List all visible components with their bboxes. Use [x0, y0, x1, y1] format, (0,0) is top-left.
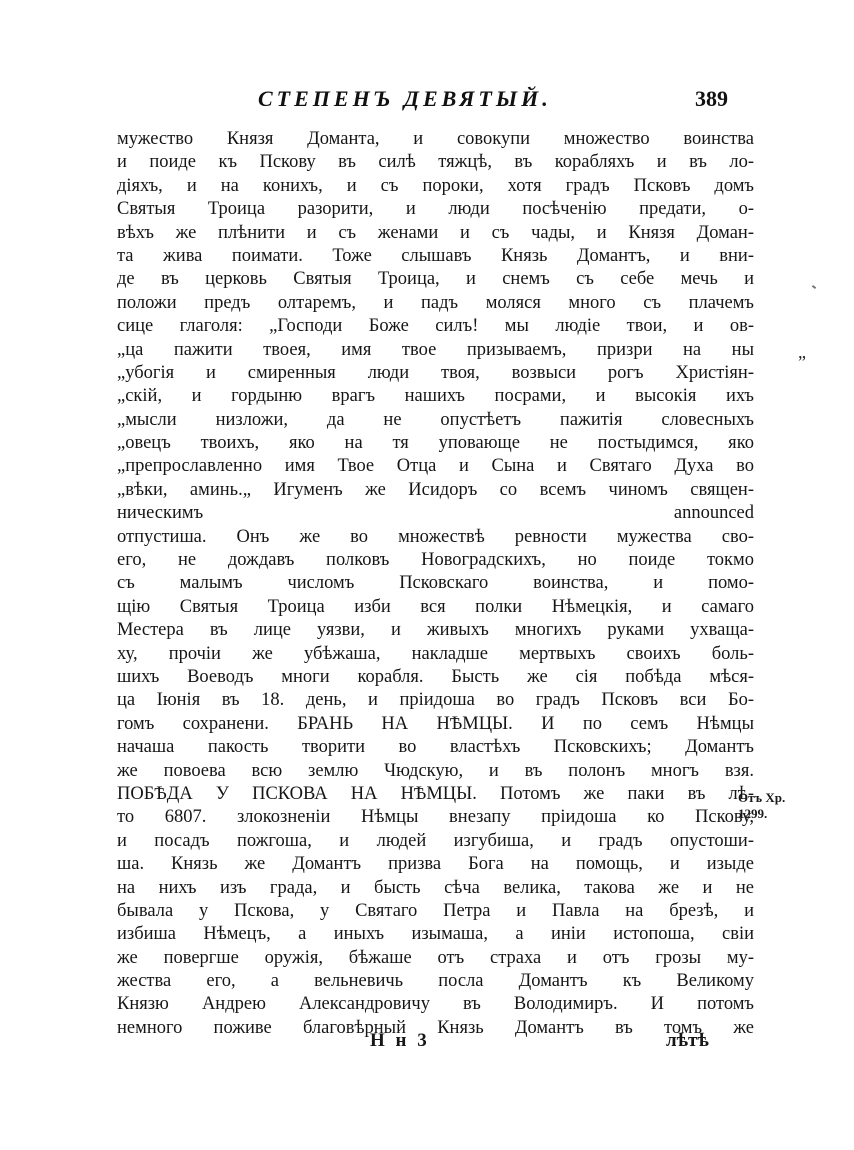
book-page: СТЕПЕНЪ ДЕВЯТЫЙ. 389 мужество Князя Дома… [0, 0, 854, 1150]
text-line: мужество Князя Доманта, и совокупи множе… [117, 128, 754, 151]
text-line: „овецъ твоихъ, яко на тя уповающе не пос… [117, 432, 754, 455]
text-line: „вѣки, аминь.„ Игуменъ же Исидоръ со все… [117, 479, 754, 502]
text-line: немного поживе благовѣрный Князь Домантъ… [117, 1017, 754, 1040]
text-line: и посадъ пожгоша, и людей изгубиша, и гр… [117, 830, 754, 853]
margin-year-value: 1299. [738, 806, 785, 822]
text-line: сице глаголя: „Господи Боже силъ! мы люд… [117, 315, 754, 338]
text-line: ническимъ announced [117, 502, 754, 525]
text-line: дiяхъ, и на конихъ, и съ пороки, хотя гр… [117, 175, 754, 198]
margin-year-label: Отъ Хр. [738, 790, 785, 806]
text-line: вѣхъ же плѣнити и съ женами и съ чады, и… [117, 222, 754, 245]
text-line: жества его, а вельневичь посла Домантъ к… [117, 970, 754, 993]
text-line: „убогiя и смиренныя люди твоя, возвыси р… [117, 362, 754, 385]
text-line: начаша пакость творити во властѣхъ Псков… [117, 736, 754, 759]
text-line: бывала у Пскова, у Святаго Петра и Павла… [117, 900, 754, 923]
running-title: СТЕПЕНЪ ДЕВЯТЫЙ. [258, 86, 552, 112]
text-line: то 6807. злокозненiи Нѣмцы внезапу прiид… [117, 806, 754, 829]
text-line: Князю Андрею Александровичу въ Володимир… [117, 993, 754, 1016]
text-line: и поиде къ Пскову въ силѣ тяжцѣ, въ кора… [117, 151, 754, 174]
text-line: его, не дождавъ полковъ Новоградскихъ, н… [117, 549, 754, 572]
text-line: съ малымъ числомъ Псковскаго воинства, и… [117, 572, 754, 595]
text-line: отпустиша. Онъ же во множествѣ ревности … [117, 526, 754, 549]
text-line: „мысли низложи, да не опустѣетъ пажитiя … [117, 409, 754, 432]
text-line: ша. Князь же Домантъ призва Бога на помо… [117, 853, 754, 876]
text-line: де въ церковь Святыя Троица, и снемъ съ … [117, 268, 754, 291]
text-line: на нихъ изъ града, и бысть сѣча велика, … [117, 877, 754, 900]
text-line: же повоева всю землю Чюдскую, и въ полон… [117, 760, 754, 783]
catchword: лѣтѣ [666, 1030, 709, 1052]
text-line: та жива поимати. Тоже слышавъ Князь Дома… [117, 245, 754, 268]
signature-mark: Н н 3 [370, 1030, 430, 1052]
text-line: ПОБѢДА У ПСКОВА НА НѢМЦЫ. Потомъ же паки… [117, 783, 754, 806]
text-line: положи предъ олтаремъ, и падъ моляся мно… [117, 292, 754, 315]
ink-speck [812, 285, 816, 289]
text-line: шихъ Воеводъ многи корабля. Бысть же сiя… [117, 666, 754, 689]
body-text: мужество Князя Доманта, и совокупи множе… [117, 128, 754, 1040]
text-line: избиша Нѣмецъ, а иныхъ изымаша, а инiи и… [117, 923, 754, 946]
text-line: ху, прочiи же убѣжаша, накладше мертвыхъ… [117, 643, 754, 666]
text-line: гомъ сохранени. БРАНЬ НА НѢМЦЫ. И по сем… [117, 713, 754, 736]
margin-quote-mark: „ [798, 342, 806, 363]
text-line: „ца пажити твоея, имя твое призываемъ, п… [117, 339, 754, 362]
text-line: щiю Святыя Троица изби вся полки Нѣмецкi… [117, 596, 754, 619]
text-line: „препрославленно имя Твое Отца и Сына и … [117, 455, 754, 478]
text-line: Местера въ лице уязви, и живыхъ многихъ … [117, 619, 754, 642]
text-line: „скiй, и гордыню врагъ нашихъ посрами, и… [117, 385, 754, 408]
margin-year-note: Отъ Хр. 1299. [738, 790, 785, 822]
page-number: 389 [695, 86, 728, 112]
text-line: ца Iюнiя въ 18. день, и прiидоша во град… [117, 689, 754, 712]
text-line: же повергше оружiя, бѣжаше отъ страха и … [117, 947, 754, 970]
text-line: Святыя Троица разорити, и люди посѣченiю… [117, 198, 754, 221]
